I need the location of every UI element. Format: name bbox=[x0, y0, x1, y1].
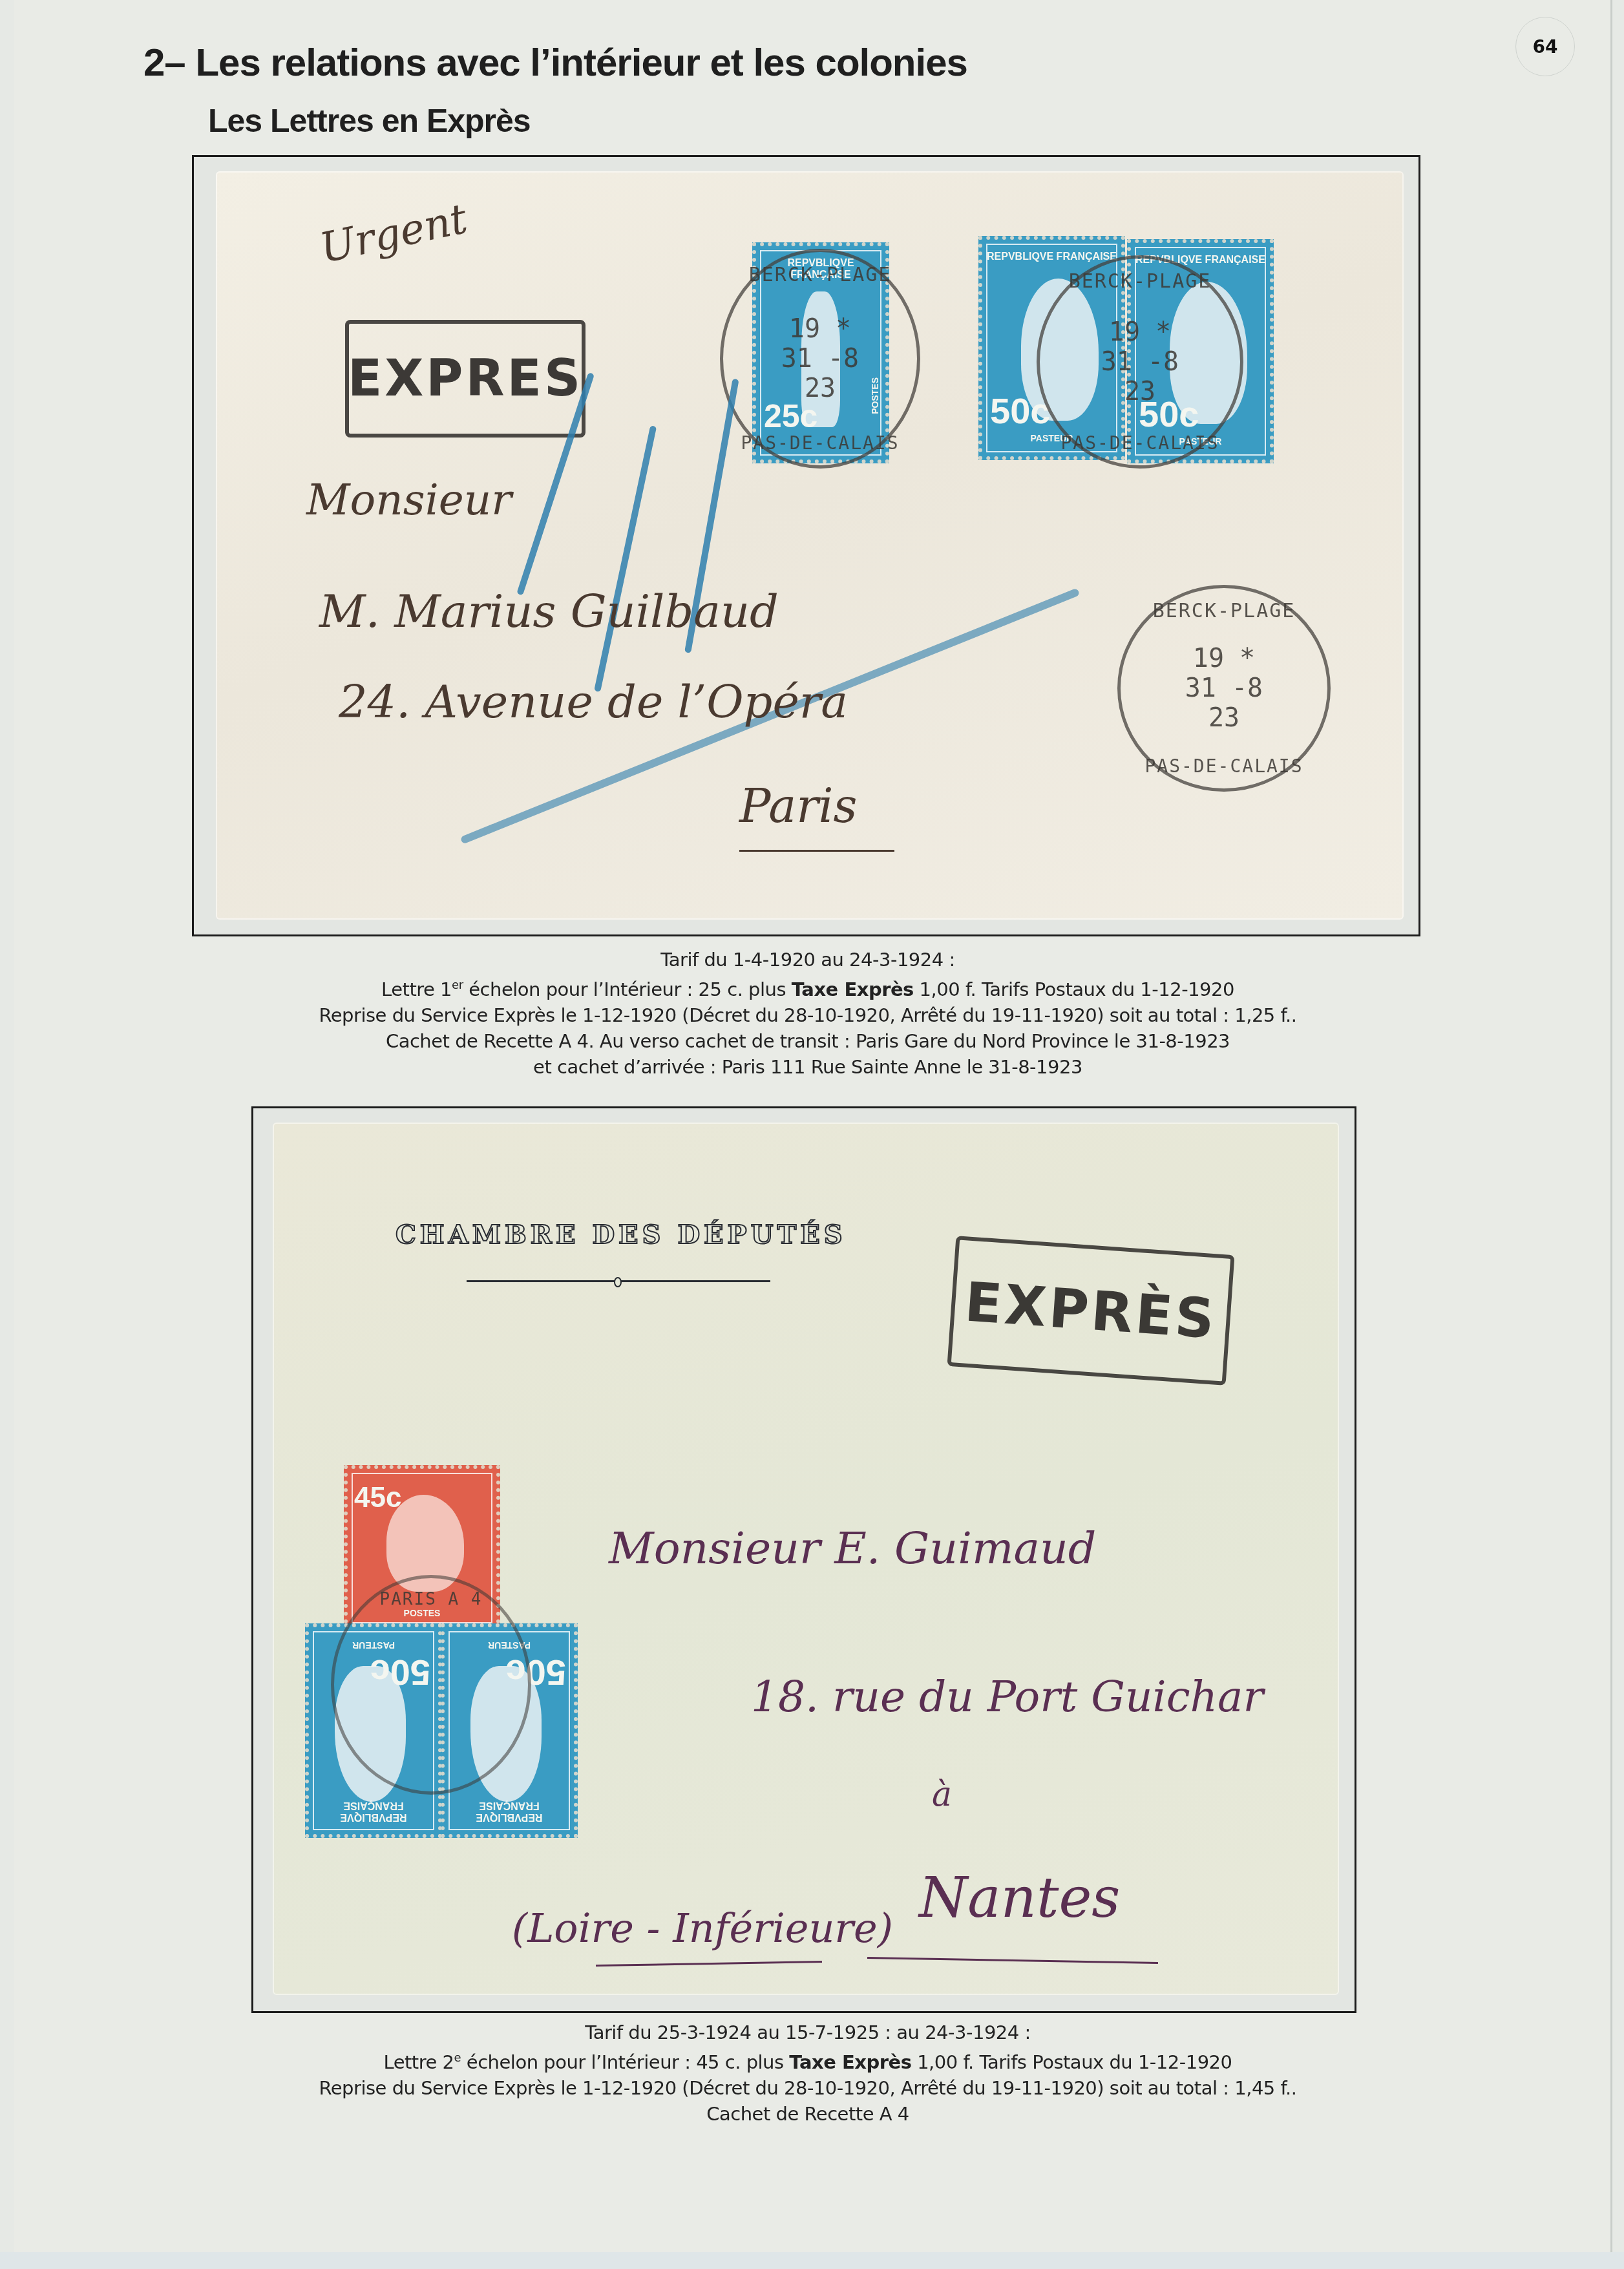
cover-2-envelope: CHAMBRE DES DÉPUTÉS EXPRÈS 45c POSTES RE… bbox=[273, 1123, 1339, 1995]
page-number: 64 bbox=[1515, 17, 1575, 76]
stamp-header: REPVBLIQVE FRANÇAISE bbox=[982, 251, 1121, 263]
address-city: Nantes bbox=[919, 1866, 1121, 1930]
cover-2-mount: CHAMBRE DES DÉPUTÉS EXPRÈS 45c POSTES RE… bbox=[251, 1106, 1356, 2013]
cover-1-envelope: Urgent EXPRES REPVBLIQVE FRANÇAISE 25c P… bbox=[216, 171, 1404, 920]
cover-2-caption: Tarif du 25-3-1924 au 15-7-1925 : au 24-… bbox=[194, 2020, 1422, 2127]
caption-line: Cachet de Recette A 4 bbox=[194, 2101, 1422, 2127]
address-department: (Loire - Inférieure) bbox=[512, 1905, 893, 1952]
stamp-header: REPVBLIQVE FRANÇAISE bbox=[309, 1799, 438, 1822]
address-name: Monsieur E. Guimaud bbox=[609, 1523, 1096, 1574]
department-underline bbox=[596, 1961, 822, 1967]
address-prefix: à bbox=[932, 1775, 952, 1814]
page-title: 2– Les relations avec l’intérieur et les… bbox=[143, 40, 967, 85]
caption-line: Lettre 1er échelon pour l’Intérieur : 25… bbox=[194, 973, 1422, 1002]
address-city: Paris bbox=[739, 779, 858, 833]
page-edge bbox=[0, 2252, 1624, 2269]
caption-line: Cachet de Recette A 4. Au verso cachet d… bbox=[194, 1028, 1422, 1054]
postmark-paris-a4: PARIS A 4 bbox=[331, 1575, 531, 1795]
caption-line: Lettre 2e échelon pour l’Intérieur : 45 … bbox=[194, 2045, 1422, 2075]
expres-cachet: EXPRES bbox=[345, 320, 585, 438]
stamp-header: REPVBLIQVE FRANÇAISE bbox=[445, 1799, 574, 1822]
expres-cachet: EXPRÈS bbox=[947, 1236, 1234, 1386]
address-name: M. Marius Guilbaud bbox=[319, 585, 779, 638]
caption-line: et cachet d’arrivée : Paris 111 Rue Sain… bbox=[194, 1054, 1422, 1080]
address-salutation: Monsieur bbox=[306, 475, 512, 525]
city-underline bbox=[867, 1957, 1158, 1964]
caption-line: Reprise du Service Exprès le 1-12-1920 (… bbox=[194, 2075, 1422, 2101]
address-street: 24. Avenue de l’Opéra bbox=[339, 675, 848, 728]
cover-1-caption: Tarif du 1-4-1920 au 24-3-1924 : Lettre … bbox=[194, 947, 1422, 1080]
caption-line: Reprise du Service Exprès le 1-12-1920 (… bbox=[194, 1002, 1422, 1028]
address-street: 18. rue du Port Guichar bbox=[751, 1672, 1263, 1722]
postmark-berck-plage-2: BERCK-PLAGE 19 * 31 -8 23 PAS-DE-CALAIS bbox=[1037, 255, 1243, 469]
cover-1-mount: Urgent EXPRES REPVBLIQVE FRANÇAISE 25c P… bbox=[192, 155, 1420, 936]
postmark-berck-plage-1: BERCK-PLAGE 19 * 31 -8 23 PAS-DE-CALAIS bbox=[720, 249, 920, 469]
caption-line: Tarif du 1-4-1920 au 24-3-1924 : bbox=[194, 947, 1422, 973]
blue-crayon-stroke bbox=[594, 425, 657, 692]
stamp-value: 45c bbox=[354, 1482, 401, 1514]
letterhead-rule bbox=[467, 1280, 770, 1282]
page-subtitle: Les Lettres en Exprès bbox=[208, 102, 531, 140]
caption-line: Tarif du 25-3-1924 au 15-7-1925 : au 24-… bbox=[194, 2020, 1422, 2045]
letterhead-chambre-des-deputes: CHAMBRE DES DÉPUTÉS bbox=[395, 1219, 847, 1250]
city-underline bbox=[739, 850, 894, 852]
manuscript-urgent: Urgent bbox=[316, 195, 472, 273]
postmark-berck-plage-3: BERCK-PLAGE 19 * 31 -8 23 PAS-DE-CALAIS bbox=[1117, 585, 1331, 792]
